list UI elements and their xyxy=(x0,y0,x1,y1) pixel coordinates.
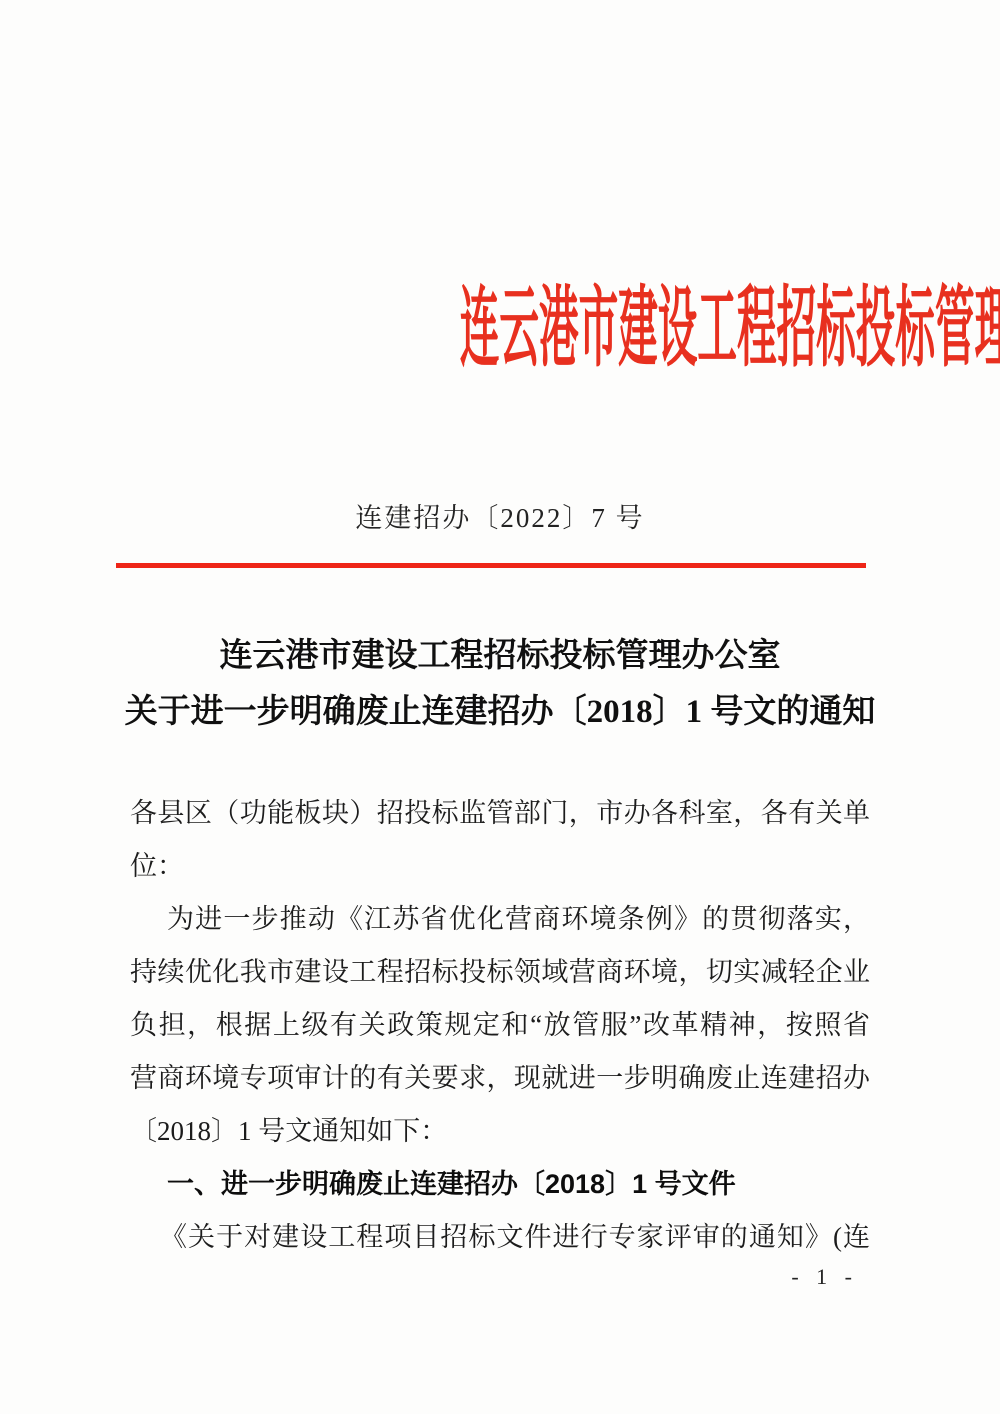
body-line: 营商环境专项审计的有关要求，现就进一步明确废止连建招办 xyxy=(130,1052,870,1105)
body-lines: 各县区（功能板块）招投标监管部门，市办各科室，各有关单位：为进一步推动《江苏省优… xyxy=(130,787,870,1264)
page-number: - 1 - xyxy=(791,1264,858,1290)
document-number: 连建招办〔2022〕7 号 xyxy=(0,496,1000,535)
document-page: 连云港市建设工程招标投标管理办公室文件 连建招办〔2022〕7 号 连云港市建设… xyxy=(0,0,1000,1414)
letterhead-title: 连云港市建设工程招标投标管理办公室文件 xyxy=(460,281,1000,380)
document-title-line-2: 关于进一步明确废止连建招办〔2018〕1 号文的通知 xyxy=(0,684,1000,740)
red-divider-rule xyxy=(116,563,866,568)
document-title-line-1: 连云港市建设工程招标投标管理办公室 xyxy=(0,628,1000,684)
body-line: 〔2018〕1 号文通知如下： xyxy=(130,1105,870,1158)
body-line: 《关于对建设工程项目招标文件进行专家评审的通知》(连 xyxy=(130,1211,870,1264)
body-line: 为进一步推动《江苏省优化营商环境条例》的贯彻落实， xyxy=(130,893,870,946)
letterhead-banner: 连云港市建设工程招标投标管理办公室文件 xyxy=(0,281,1000,380)
body-line: 持续优化我市建设工程招标投标领域营商环境，切实减轻企业 xyxy=(130,946,870,999)
body-line: 位： xyxy=(130,840,870,893)
body-line: 负担，根据上级有关政策规定和“放管服”改革精神，按照省 xyxy=(130,999,870,1052)
document-title: 连云港市建设工程招标投标管理办公室 关于进一步明确废止连建招办〔2018〕1 号… xyxy=(0,628,1000,740)
body-line: 一、进一步明确废止连建招办〔2018〕1 号文件 xyxy=(130,1158,870,1211)
body-line: 各县区（功能板块）招投标监管部门，市办各科室，各有关单 xyxy=(130,787,870,840)
